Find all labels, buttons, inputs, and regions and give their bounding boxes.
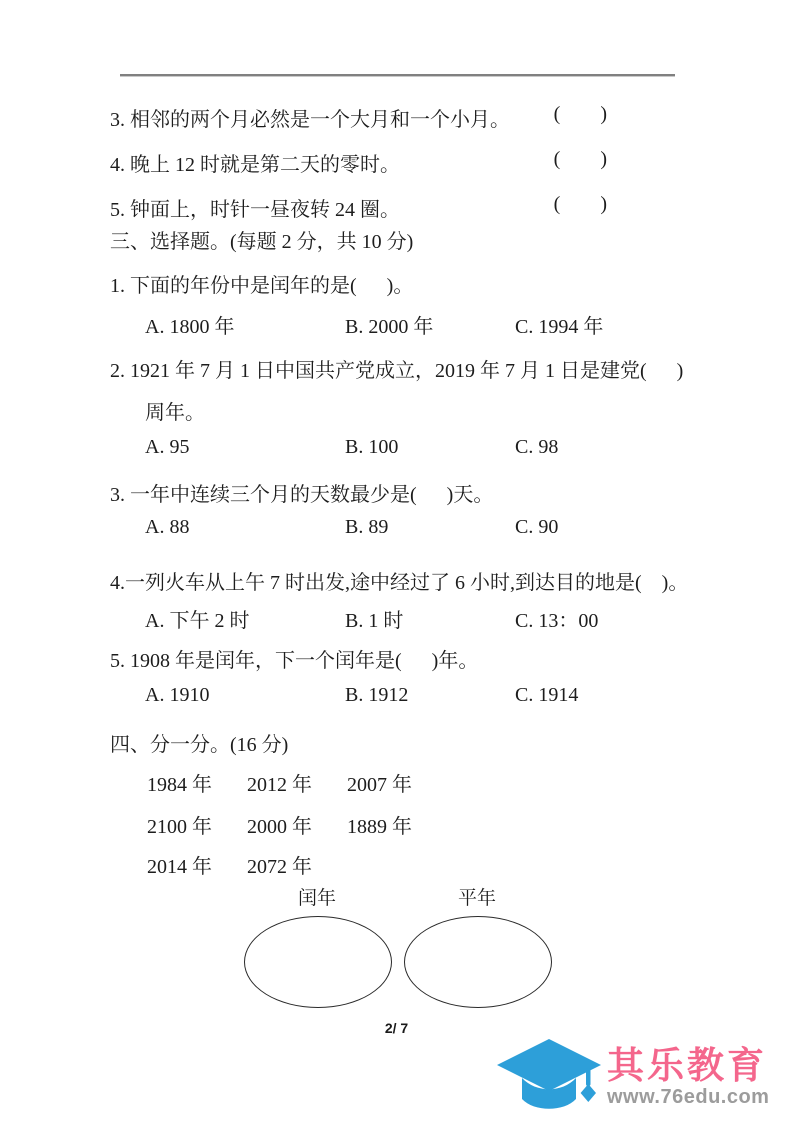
tf-question-text: 5. 钟面上，时针一昼夜转 24 圈。 xyxy=(110,193,400,222)
tf-answer-blank: ( ) xyxy=(554,103,607,132)
tf-question-text: 4. 晚上 12 时就是第二天的零时。 xyxy=(110,148,400,177)
q5-option-b: B. 1912 xyxy=(345,684,515,707)
q4-option-a: A. 下午 2 时 xyxy=(145,604,345,633)
brand-text-block: 其乐教育 www.76edu.com xyxy=(607,1047,791,1109)
page-number: 2/ 7 xyxy=(0,1020,793,1036)
year-item: 2000 年 xyxy=(247,810,347,839)
q5-option-a: A. 1910 xyxy=(145,684,345,707)
worksheet-page: 3. 相邻的两个月必然是一个大月和一个小月。 ( ) 4. 晚上 12 时就是第… xyxy=(0,0,793,1122)
leap-year-label: 闰年 xyxy=(244,883,390,910)
q1-option-c: C. 1994 年 xyxy=(515,310,603,339)
q2-options: A. 95 B. 100 C. 98 xyxy=(145,436,558,459)
brand-name: 其乐教育 xyxy=(607,1047,791,1086)
tf-question-text: 3. 相邻的两个月必然是一个大月和一个小月。 xyxy=(110,103,510,132)
q2-option-b: B. 100 xyxy=(345,436,515,459)
common-year-oval xyxy=(404,916,552,1008)
tf-question-row: 3. 相邻的两个月必然是一个大月和一个小月。 ( ) xyxy=(110,103,607,132)
tf-question-row: 4. 晚上 12 时就是第二天的零时。 ( ) xyxy=(110,148,607,177)
q2-text-line1: 2. 1921 年 7 月 1 日中国共产党成立，2019 年 7 月 1 日是… xyxy=(110,354,683,383)
years-row-2: 2100 年 2000 年 1889 年 xyxy=(147,810,447,839)
year-item: 2072 年 xyxy=(247,850,347,879)
q1-options: A. 1800 年 B. 2000 年 C. 1994 年 xyxy=(145,310,603,339)
q4-option-c: C. 13：00 xyxy=(515,604,598,633)
year-item: 2100 年 xyxy=(147,810,247,839)
q2-option-c: C. 98 xyxy=(515,436,558,459)
q3-option-c: C. 90 xyxy=(515,516,558,539)
tf-answer-blank: ( ) xyxy=(554,193,607,222)
section3-heading: 三、选择题。(每题 2 分，共 10 分) xyxy=(110,225,413,254)
year-item: 2012 年 xyxy=(247,768,347,797)
brand-logo: 其乐教育 www.76edu.com xyxy=(493,1036,791,1120)
q4-options: A. 下午 2 时 B. 1 时 C. 13：00 xyxy=(145,604,598,633)
tf-answer-blank: ( ) xyxy=(554,148,607,177)
year-item: 1984 年 xyxy=(147,768,247,797)
q3-options: A. 88 B. 89 C. 90 xyxy=(145,516,558,539)
years-row-3: 2014 年 2072 年 xyxy=(147,850,347,879)
q1-text: 1. 下面的年份中是闰年的是( )。 xyxy=(110,269,413,298)
q4-option-b: B. 1 时 xyxy=(345,604,515,633)
q5-options: A. 1910 B. 1912 C. 1914 xyxy=(145,684,578,707)
years-row-1: 1984 年 2012 年 2007 年 xyxy=(147,768,447,797)
q2-option-a: A. 95 xyxy=(145,436,345,459)
brand-url: www.76edu.com xyxy=(607,1086,791,1109)
common-year-label: 平年 xyxy=(404,883,550,910)
q5-option-c: C. 1914 xyxy=(515,684,578,707)
q3-option-b: B. 89 xyxy=(345,516,515,539)
leap-year-oval xyxy=(244,916,392,1008)
year-item: 2014 年 xyxy=(147,850,247,879)
graduation-cap-icon xyxy=(493,1036,605,1120)
header-rule xyxy=(120,74,675,77)
q3-text: 3. 一年中连续三个月的天数最少是( )天。 xyxy=(110,478,493,507)
q1-option-a: A. 1800 年 xyxy=(145,310,345,339)
q2-text-line2: 周年。 xyxy=(145,396,205,425)
section4-heading: 四、分一分。(16 分) xyxy=(110,728,288,757)
year-item: 2007 年 xyxy=(347,768,447,797)
year-item: 1889 年 xyxy=(347,810,447,839)
q3-option-a: A. 88 xyxy=(145,516,345,539)
q4-text: 4.一列火车从上午 7 时出发,途中经过了 6 小时,到达目的地是( )。 xyxy=(110,566,688,595)
tf-question-row: 5. 钟面上，时针一昼夜转 24 圈。 ( ) xyxy=(110,193,607,222)
q1-option-b: B. 2000 年 xyxy=(345,310,515,339)
q5-text: 5. 1908 年是闰年，下一个闰年是( )年。 xyxy=(110,644,478,673)
